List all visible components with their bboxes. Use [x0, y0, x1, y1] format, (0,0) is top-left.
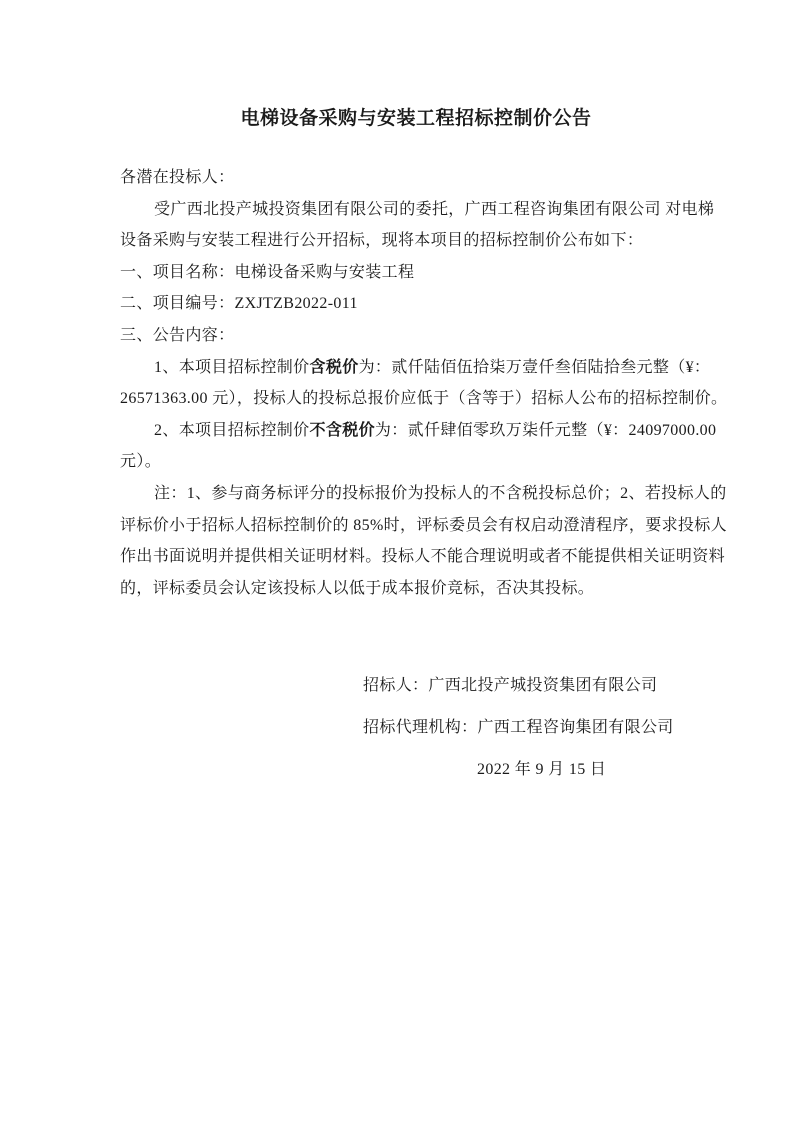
price-with-tax-post: 为：贰仟陆佰伍拾柒万壹仟叁佰陆拾叁元整（¥：	[359, 359, 711, 376]
price-without-tax-pre: 2、本项目招标控制价	[154, 422, 310, 439]
bidder-line: 招标人：广西北投产城投资集团有限公司	[363, 670, 674, 702]
agency-line: 招标代理机构：广西工程咨询集团有限公司	[363, 712, 674, 744]
price-with-tax-line-1: 1、本项目招标控制价含税价为：贰仟陆佰伍拾柒万壹仟叁佰陆拾叁元整（¥：	[120, 352, 712, 384]
intro-line-2: 设备采购与安装工程进行公开招标，现将本项目的招标控制价公布如下：	[120, 225, 712, 257]
note-line-1: 注：1、参与商务标评分的投标报价为投标人的不含税投标总价；2、若投标人的	[120, 478, 712, 510]
price-with-tax-pre: 1、本项目招标控制价	[154, 359, 310, 376]
signature-block: 招标人：广西北投产城投资集团有限公司 招标代理机构：广西工程咨询集团有限公司 2…	[363, 670, 674, 796]
price-without-tax-post: 为：贰仟肆佰零玖万柒仟元整（¥：24097000.00	[375, 422, 716, 439]
document-title: 电梯设备采购与安装工程招标控制价公告	[120, 103, 712, 130]
date-line: 2022 年 9 月 15 日	[477, 754, 674, 786]
note-line-4: 的，评标委员会认定该投标人以低于成本报价竞标，否决其投标。	[120, 573, 712, 605]
price-with-tax-line-2: 26571363.00 元），投标人的投标总报价应低于（含等于）招标人公布的招标…	[120, 383, 712, 415]
note-line-3: 作出书面说明并提供相关证明材料。投标人不能合理说明或者不能提供相关证明资料	[120, 541, 712, 573]
announcement-content-heading: 三、公告内容：	[120, 320, 712, 352]
intro-line-1: 受广西北投产城投资集团有限公司的委托，广西工程咨询集团有限公司 对电梯	[120, 194, 712, 226]
price-without-tax-line-1: 2、本项目招标控制价不含税价为：贰仟肆佰零玖万柒仟元整（¥：24097000.0…	[120, 415, 712, 447]
document-body: 各潜在投标人： 受广西北投产城投资集团有限公司的委托，广西工程咨询集团有限公司 …	[120, 162, 712, 604]
salutation: 各潜在投标人：	[120, 162, 712, 194]
project-name-item: 一、项目名称：电梯设备采购与安装工程	[120, 257, 712, 289]
document-page: 电梯设备采购与安装工程招标控制价公告 各潜在投标人： 受广西北投产城投资集团有限…	[0, 0, 800, 1131]
price-without-tax-bold-term: 不含税价	[310, 422, 375, 439]
note-line-2: 评标价小于招标人招标控制价的 85%时，评标委员会有权启动澄清程序，要求投标人	[120, 510, 712, 542]
price-with-tax-bold-term: 含税价	[310, 359, 359, 376]
project-number-item: 二、项目编号：ZXJTZB2022-011	[120, 288, 712, 320]
price-without-tax-line-2: 元）。	[120, 446, 712, 478]
